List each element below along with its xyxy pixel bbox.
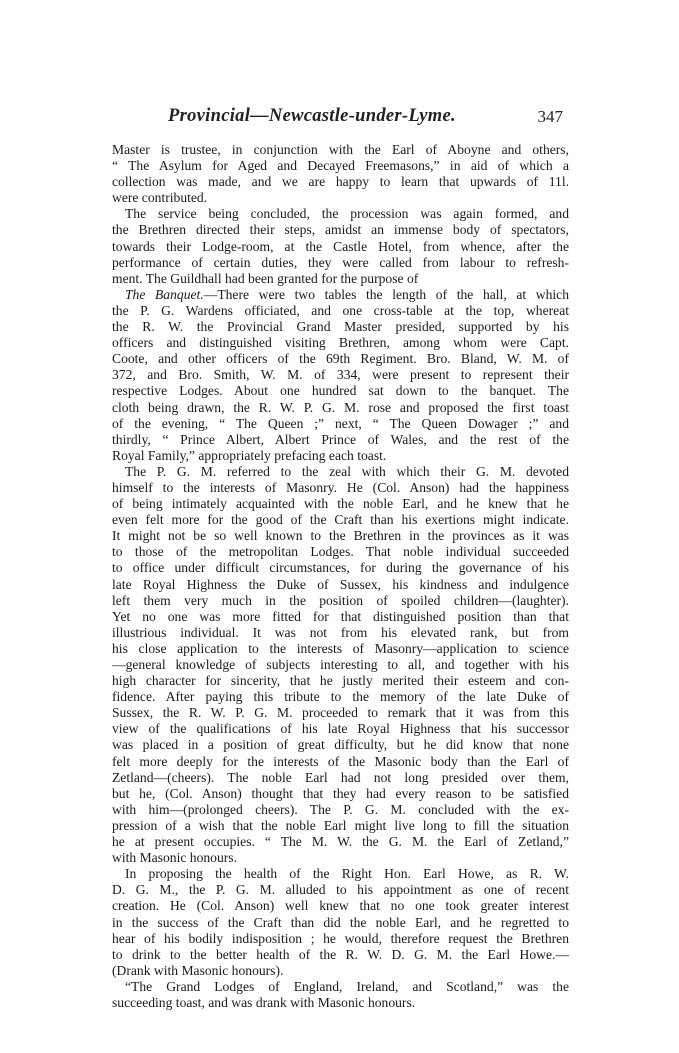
line-text: was placed in a position of great diffic… [112, 737, 569, 752]
text-line: collection was made, and we are happy to… [112, 174, 569, 190]
paragraph-p5: In proposing the health of the Right Hon… [112, 866, 569, 979]
text-line: pression of a wish that the noble Earl m… [112, 818, 569, 834]
line-text: (Drank with Masonic honours). [112, 963, 283, 978]
text-line: Coote, and other officers of the 69th Re… [112, 351, 569, 367]
paragraph-p3: The Banquet.—There were two tables the l… [112, 287, 569, 464]
line-text: his close application to the interests o… [112, 641, 569, 656]
line-text: —There were two tables the length of the… [204, 287, 569, 302]
line-text: even felt more for the good of the Craft… [112, 512, 569, 527]
line-text: pression of a wish that the noble Earl m… [112, 818, 569, 833]
line-text: illustrious individual. It was not from … [112, 625, 569, 640]
text-line: It might not be so well known to the Bre… [112, 528, 569, 544]
book-page: Provincial—Newcastle-under-Lyme. 347 Mas… [112, 106, 569, 1011]
line-text: of the evening, “ The Queen ;” next, “ T… [112, 416, 569, 431]
paragraph-p1: Master is trustee, in conjunction with t… [112, 142, 569, 206]
text-line: ment. The Guildhall had been granted for… [112, 271, 569, 287]
text-line: of being intimately acquainted with the … [112, 496, 569, 512]
text-line: —general knowledge of subjects interesti… [112, 657, 569, 673]
text-line: “ The Asylum for Aged and Decayed Freema… [112, 158, 569, 174]
paragraph-p6: “The Grand Lodges of England, Ireland, a… [112, 979, 569, 1011]
page-number: 347 [538, 107, 564, 127]
text-line: D. G. M., the P. G. M. alluded to his ap… [112, 882, 569, 898]
line-text: with Masonic honours. [112, 850, 237, 865]
text-line: view of the qualifications of his late R… [112, 721, 569, 737]
text-line: “The Grand Lodges of England, Ireland, a… [112, 979, 569, 995]
line-text: left them very much in the position of s… [112, 593, 569, 608]
line-text: the P. G. Wardens officiated, and one cr… [112, 303, 569, 318]
line-text: 372, and Bro. Smith, W. M. of 334, were … [112, 367, 569, 382]
text-line: to those of the metropolitan Lodges. Tha… [112, 544, 569, 560]
line-text: to those of the metropolitan Lodges. Tha… [112, 544, 569, 559]
line-text: The service being concluded, the process… [125, 206, 569, 221]
line-text: of being intimately acquainted with the … [112, 496, 569, 511]
text-line: towards their Lodge-room, at the Castle … [112, 239, 569, 255]
text-line: late Royal Highness the Duke of Sussex, … [112, 577, 569, 593]
line-text: performance of certain duties, they were… [112, 255, 569, 270]
text-line: the P. G. Wardens officiated, and one cr… [112, 303, 569, 319]
text-line: his close application to the interests o… [112, 641, 569, 657]
text-line: high character for sincerity, that he ju… [112, 673, 569, 689]
line-text: the Brethren directed their steps, amids… [112, 222, 569, 237]
text-line: thirdly, “ Prince Albert, Albert Prince … [112, 432, 569, 448]
line-text: view of the qualifications of his late R… [112, 721, 569, 736]
text-line: himself to the interests of Masonry. He … [112, 480, 569, 496]
line-text: towards their Lodge-room, at the Castle … [112, 239, 569, 254]
text-line: with Masonic honours. [112, 850, 569, 866]
text-line: The Banquet.—There were two tables the l… [112, 287, 569, 303]
line-text: ment. The Guildhall had been granted for… [112, 271, 418, 286]
line-text: Coote, and other officers of the 69th Re… [112, 351, 569, 366]
line-text: were contributed. [112, 190, 207, 205]
line-text: thirdly, “ Prince Albert, Albert Prince … [112, 432, 569, 447]
line-text: but he, (Col. Anson) thought that they h… [112, 786, 569, 801]
line-text: “ The Asylum for Aged and Decayed Freema… [112, 158, 569, 173]
text-line: even felt more for the good of the Craft… [112, 512, 569, 528]
text-line: the Brethren directed their steps, amids… [112, 222, 569, 238]
text-line: fidence. After paying this tribute to th… [112, 689, 569, 705]
line-text: cloth being drawn, the R. W. P. G. M. ro… [112, 400, 569, 415]
text-line: to drink to the better health of the R. … [112, 947, 569, 963]
text-line: performance of certain duties, they were… [112, 255, 569, 271]
line-text: “The Grand Lodges of England, Ireland, a… [125, 979, 569, 994]
line-text: The P. G. M. referred to the zeal with w… [125, 464, 569, 479]
section-lead-heading: The Banquet. [125, 287, 204, 302]
text-line: was placed in a position of great diffic… [112, 737, 569, 753]
line-text: himself to the interests of Masonry. He … [112, 480, 569, 495]
text-line: of the evening, “ The Queen ;” next, “ T… [112, 416, 569, 432]
line-text: the R. W. the Provincial Grand Master pr… [112, 319, 569, 334]
line-text: to office under difficult circumstances,… [112, 560, 569, 575]
line-text: fidence. After paying this tribute to th… [112, 689, 569, 704]
line-text: to drink to the better health of the R. … [112, 947, 569, 962]
line-text: collection was made, and we are happy to… [112, 174, 569, 189]
line-text: respective Lodges. About one hundred sat… [112, 383, 569, 398]
text-line: the R. W. the Provincial Grand Master pr… [112, 319, 569, 335]
body-text: Master is trustee, in conjunction with t… [112, 142, 569, 1011]
text-line: hear of his bodily indisposition ; he wo… [112, 931, 569, 947]
line-text: creation. He (Col. Anson) well knew that… [112, 898, 569, 913]
line-text: Yet no one was more fitted for that dist… [112, 609, 569, 624]
line-text: It might not be so well known to the Bre… [112, 528, 569, 543]
text-line: Sussex, the R. W. P. G. M. proceeded to … [112, 705, 569, 721]
line-text: Sussex, the R. W. P. G. M. proceeded to … [112, 705, 569, 720]
line-text: with him—(prolonged cheers). The P. G. M… [112, 802, 569, 817]
text-line: in the success of the Craft than did the… [112, 915, 569, 931]
text-line: The service being concluded, the process… [112, 206, 569, 222]
text-line: The P. G. M. referred to the zeal with w… [112, 464, 569, 480]
line-text: Zetland—(cheers). The noble Earl had not… [112, 770, 569, 785]
text-line: illustrious individual. It was not from … [112, 625, 569, 641]
line-text: —general knowledge of subjects interesti… [112, 657, 569, 672]
text-line: left them very much in the position of s… [112, 593, 569, 609]
text-line: with him—(prolonged cheers). The P. G. M… [112, 802, 569, 818]
text-line: creation. He (Col. Anson) well knew that… [112, 898, 569, 914]
line-text: succeeding toast, and was drank with Mas… [112, 995, 415, 1010]
line-text: Master is trustee, in conjunction with t… [112, 142, 569, 157]
line-text: Royal Family,” appropriately prefacing e… [112, 448, 386, 463]
text-line: succeeding toast, and was drank with Mas… [112, 995, 569, 1011]
line-text: he at present occupies. “ The M. W. the … [112, 834, 569, 849]
text-line: 372, and Bro. Smith, W. M. of 334, were … [112, 367, 569, 383]
line-text: D. G. M., the P. G. M. alluded to his ap… [112, 882, 569, 897]
line-text: In proposing the health of the Right Hon… [125, 866, 569, 881]
running-title: Provincial—Newcastle-under-Lyme. [168, 106, 456, 127]
line-text: in the success of the Craft than did the… [112, 915, 569, 930]
text-line: respective Lodges. About one hundred sat… [112, 383, 569, 399]
text-line: Master is trustee, in conjunction with t… [112, 142, 569, 158]
line-text: hear of his bodily indisposition ; he wo… [112, 931, 569, 946]
text-line: In proposing the health of the Right Hon… [112, 866, 569, 882]
line-text: late Royal Highness the Duke of Sussex, … [112, 577, 569, 592]
text-line: felt more deeply for the interests of th… [112, 754, 569, 770]
text-line: Yet no one was more fitted for that dist… [112, 609, 569, 625]
running-head: Provincial—Newcastle-under-Lyme. 347 [112, 106, 569, 132]
paragraph-p4: The P. G. M. referred to the zeal with w… [112, 464, 569, 866]
line-text: officers and distinguished visiting Bret… [112, 335, 569, 350]
text-line: Royal Family,” appropriately prefacing e… [112, 448, 569, 464]
text-line: but he, (Col. Anson) thought that they h… [112, 786, 569, 802]
text-line: Zetland—(cheers). The noble Earl had not… [112, 770, 569, 786]
line-text: high character for sincerity, that he ju… [112, 673, 569, 688]
text-line: he at present occupies. “ The M. W. the … [112, 834, 569, 850]
text-line: officers and distinguished visiting Bret… [112, 335, 569, 351]
text-line: (Drank with Masonic honours). [112, 963, 569, 979]
text-line: to office under difficult circumstances,… [112, 560, 569, 576]
line-text: felt more deeply for the interests of th… [112, 754, 569, 769]
paragraph-p2: The service being concluded, the process… [112, 206, 569, 286]
text-line: cloth being drawn, the R. W. P. G. M. ro… [112, 400, 569, 416]
text-line: were contributed. [112, 190, 569, 206]
